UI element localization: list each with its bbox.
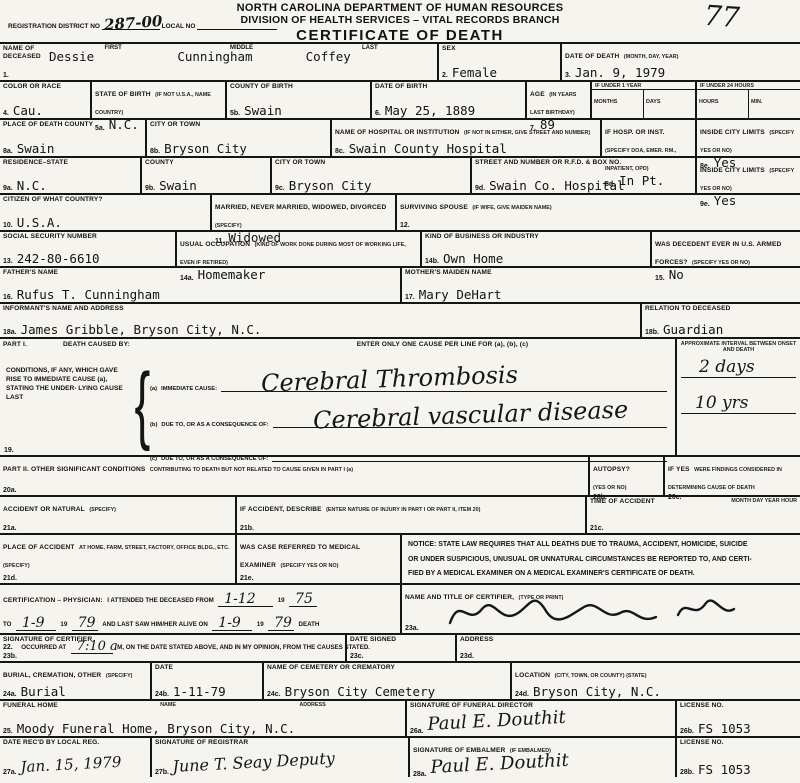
citizen-label: CITIZEN OF WHAT COUNTRY? — [3, 196, 207, 204]
interval-column: APPROXIMATE INTERVAL BETWEEN ONSET AND D… — [675, 339, 800, 455]
field-place-of-death-county: PLACE OF DEATH COUNTY 8a.Swain — [0, 120, 145, 156]
license1-value: FS 1053 — [698, 723, 751, 736]
attended-to-value: 1-9 — [22, 615, 45, 631]
field-citizen: CITIZEN OF WHAT COUNTRY? 10.U.S.A. — [0, 195, 210, 230]
spouse-num: 12. — [400, 222, 410, 229]
pod-city-num: 8b. — [150, 148, 160, 155]
cemetery-num: 24c. — [267, 691, 281, 698]
referred-num: 21e. — [240, 575, 254, 582]
field-relation-to-deceased: RELATION TO DECEASED 18b.Guardian — [640, 304, 800, 337]
field-ssn: SOCIAL SECURITY NUMBER 13.242-80-6610 — [0, 232, 175, 266]
last-saw-text: AND LAST SAW HIM/HER ALIVE ON — [102, 621, 208, 628]
death-certificate: REGISTRATION DISTRICT NO 287-00 LOCAL NO… — [0, 0, 800, 783]
cemetery-label: NAME OF CEMETERY OR CREMATORY — [267, 664, 507, 672]
state-birth-label: STATE OF BIRTH — [95, 91, 151, 98]
icl9-label: INSIDE CITY LIMITS — [700, 167, 765, 174]
hospital-label: NAME OF HOSPITAL OR INSTITUTION — [335, 129, 460, 136]
interval-a-value: 2 days — [699, 357, 755, 377]
hospital-value: Swain County Hospital — [349, 143, 507, 156]
res-state-num: 9a. — [3, 185, 13, 192]
field-embalmer-license: LICENSE NO. 28b.FS 1053 — [675, 738, 800, 777]
part2-label: PART II. OTHER SIGNIFICANT CONDITIONS — [3, 466, 145, 473]
acc-place-label: PLACE OF ACCIDENT — [3, 544, 75, 551]
field-armed-forces: WAS DECEDENT EVER IN U.S. ARMED FORCES? … — [650, 232, 800, 266]
cause-line-b: (b) DUE TO, OR AS A CONSEQUENCE OF: Cere… — [150, 413, 667, 428]
field-certification-physician: CERTIFICATION – PHYSICIAN: I ATTENDED TH… — [0, 585, 400, 633]
describe-sublabel: (ENTER NATURE OF INJURY IN PART I OR PAR… — [326, 507, 480, 513]
field-place-of-death-city: CITY OR TOWN 8b.Bryson City — [145, 120, 330, 156]
res-street-num: 9d. — [475, 185, 485, 192]
field-mother-maiden-name: MOTHER'S MAIDEN NAME 17.Mary DeHart — [400, 268, 800, 302]
cause-b-letter: (b) — [150, 422, 157, 428]
citizen-value: U.S.A. — [17, 217, 62, 230]
spouse-sublabel: (IF WIFE, GIVE MAIDEN NAME) — [472, 205, 551, 211]
last-saw-value: 1-9 — [218, 615, 241, 631]
registration-district-label: REGISTRATION DISTRICT NO — [8, 23, 100, 30]
field-residence-state: RESIDENCE–STATE 9a.N.C. — [0, 158, 140, 193]
to-text: TO — [3, 621, 11, 628]
certifier-signature — [442, 587, 772, 629]
field-name-of-deceased: NAME OF DECEASED FIRSTDessie MIDDLECunni… — [0, 44, 437, 80]
cause-a-field: Cerebral Thrombosis — [221, 377, 667, 392]
director-signature-value: Paul E. Douthit — [427, 707, 566, 735]
attended-text: I ATTENDED THE DECEASED FROM — [107, 597, 214, 604]
department-name: NORTH CAROLINA DEPARTMENT OF HUMAN RESOU… — [150, 2, 650, 14]
mother-num: 17. — [405, 294, 415, 301]
res-city-value: Bryson City — [289, 180, 372, 193]
relation-value: Guardian — [663, 324, 723, 337]
race-value: Cau. — [13, 105, 43, 118]
father-num: 16. — [3, 294, 13, 301]
location-label: LOCATION — [515, 672, 550, 679]
accident-label: ACCIDENT OR NATURAL — [3, 506, 85, 513]
age-label: AGE — [530, 91, 545, 98]
informant-label: INFORMANT'S NAME AND ADDRESS — [3, 305, 637, 313]
field-residence-county: COUNTY 9b.Swain — [140, 158, 270, 193]
name-label: NAME OF DECEASED — [3, 45, 49, 64]
field-referred-to-me: WAS CASE REFERRED TO MEDICAL EXAMINER (S… — [235, 535, 400, 583]
race-num: 4. — [3, 110, 9, 117]
dob-num: 6. — [375, 110, 381, 117]
yr-prefix-2: 19 — [60, 621, 67, 628]
under24-hours-label: HOURS — [699, 99, 718, 105]
field-if-accident-describe: IF ACCIDENT, DESCRIBE (ENTER NATURE OF I… — [235, 497, 585, 533]
pod-county-value: Swain — [17, 143, 55, 156]
res-state-label: RESIDENCE–STATE — [3, 159, 137, 167]
acc-time-sublabel: MONTH DAY YEAR HOUR — [731, 498, 797, 506]
embalmer-num: 28a. — [413, 771, 427, 778]
under24-min-label: MIN. — [751, 99, 762, 105]
license1-num: 26b. — [680, 728, 694, 735]
referred-sublabel: (SPECIFY YES OR NO) — [280, 563, 338, 569]
field-marital-status: MARRIED, NEVER MARRIED, WIDOWED, DIVORCE… — [210, 195, 395, 230]
field-state-of-birth: STATE OF BIRTH (IF NOT U.S.A., NAME COUN… — [90, 82, 225, 118]
res-county-value: Swain — [159, 180, 197, 193]
field-time-of-accident: TIME OF ACCIDENT MONTH DAY YEAR HOUR 21c… — [585, 497, 800, 533]
field-surviving-spouse: SURVIVING SPOUSE (IF WIFE, GIVE MAIDEN N… — [395, 195, 800, 230]
field-date-of-birth: DATE OF BIRTH 6.May 25, 1889 — [370, 82, 525, 118]
father-label: FATHER'S NAME — [3, 269, 397, 277]
pod-county-num: 8a. — [3, 148, 13, 155]
attended-from-year: 75 — [295, 591, 313, 607]
field-date-signed: DATE SIGNED 23c. — [345, 635, 455, 661]
field-sex: SEX 2.Female — [437, 44, 560, 80]
occupation-label: USUAL OCCUPATION — [180, 241, 250, 248]
death-caused-by-label: DEATH CAUSED BY: — [63, 341, 213, 349]
describe-num: 21b. — [240, 525, 254, 532]
acc-place-num: 21d. — [3, 575, 17, 582]
license2-value: FS 1053 — [698, 764, 751, 777]
business-value: Own Home — [443, 253, 503, 266]
location-sublabel: (CITY, TOWN, OR COUNTY) (STATE) — [555, 673, 647, 679]
cause-b-field: Cerebral vascular disease — [273, 413, 667, 428]
informant-num: 18a. — [3, 329, 17, 336]
accident-num: 21a. — [3, 525, 17, 532]
field-residence-city: CITY OR TOWN 9c.Bryson City — [270, 158, 470, 193]
last-saw-field: 1-9 — [212, 619, 252, 631]
dod-num: 3. — [565, 72, 571, 79]
cause-b-title: DUE TO, OR AS A CONSEQUENCE OF: — [161, 422, 268, 428]
res-city-num: 9c. — [275, 185, 285, 192]
attended-from-value: 1-12 — [224, 591, 255, 607]
race-label: COLOR OR RACE — [3, 83, 87, 91]
field-if-under-1-year: IF UNDER 1 YEAR MONTHS DAYS — [590, 82, 695, 118]
certifier-num: 23a. — [405, 625, 419, 632]
field-accident-or-natural: ACCIDENT OR NATURAL (SPECIFY) 21a. — [0, 497, 235, 533]
acc-time-num: 21c. — [590, 525, 604, 532]
certificate-title: CERTIFICATE OF DEATH — [150, 27, 650, 44]
attended-to-year: 79 — [78, 615, 96, 631]
burial-date-label: DATE — [155, 664, 259, 672]
attended-from-year-field: 75 — [289, 595, 317, 607]
part2-num: 20a. — [3, 487, 17, 494]
business-label: KIND OF BUSINESS OR INDUSTRY — [425, 233, 647, 241]
sig-certifier-num: 23b. — [3, 653, 17, 660]
field-autopsy: AUTOPSY?(YES OR NO) 20b. — [588, 457, 663, 495]
interval-b-field: 10 yrs — [681, 413, 796, 414]
citizen-num: 10. — [3, 222, 13, 229]
accident-sublabel: (SPECIFY) — [89, 507, 116, 513]
notice-line-2: OR UNDER SUSPICIOUS, UNUSUAL OR UNNATURA… — [408, 553, 794, 568]
registrar-num: 27b. — [155, 769, 169, 776]
burial-sublabel: (SPECIFY) — [106, 673, 133, 679]
pod-city-label: CITY OR TOWN — [150, 121, 327, 129]
under1-days-label: DAYS — [646, 99, 660, 105]
cause-a-title: IMMEDIATE CAUSE: — [161, 386, 217, 392]
registrar-signature-value: June T. Seay Deputy — [172, 749, 335, 776]
field-signature-of-certifier: SIGNATURE OF CERTIFIER 23b. — [0, 635, 345, 661]
address-label: ADDRESS — [460, 636, 797, 644]
if-yes-label: IF YES — [668, 466, 690, 473]
conditions-note: CONDITIONS, IF ANY, WHICH GAVE RISE TO I… — [6, 367, 124, 403]
part1-label: PART I. — [3, 341, 63, 349]
middle-name-value: Cunningham — [177, 51, 305, 64]
medical-examiner-notice: NOTICE: STATE LAW REQUIRES THAT ALL DEAT… — [400, 535, 800, 583]
autopsy-label: AUTOPSY? — [593, 466, 630, 473]
acc-time-label: TIME OF ACCIDENT — [590, 498, 655, 506]
field-hospital: NAME OF HOSPITAL OR INSTITUTION (IF NOT … — [330, 120, 600, 156]
mother-value: Mary DeHart — [419, 289, 502, 302]
county-birth-value: Swain — [244, 105, 282, 118]
cause-b-value: Cerebral vascular disease — [312, 396, 628, 435]
field-name-title-certifier: NAME AND TITLE OF CERTIFIER, (TYPE OR PR… — [400, 585, 800, 633]
license2-label: LICENSE NO. — [680, 739, 797, 747]
dod-value: Jan. 9, 1979 — [575, 67, 665, 80]
field-burial-cremation: BURIAL, CREMATION, OTHER (SPECIFY) 24a.B… — [0, 663, 150, 699]
spouse-label: SURVIVING SPOUSE — [400, 204, 468, 211]
res-street-value: Swain Co. Hospital — [489, 180, 624, 193]
informant-value: James Gribble, Bryson City, N.C. — [21, 324, 262, 337]
cause-line-a: (a) IMMEDIATE CAUSE: Cerebral Thrombosis — [150, 377, 667, 392]
field-business: KIND OF BUSINESS OR INDUSTRY 14b.Own Hom… — [420, 232, 650, 266]
sex-label: SEX — [442, 45, 557, 53]
field-place-of-accident: PLACE OF ACCIDENT AT HOME, FARM, STREET,… — [0, 535, 235, 583]
received-label: DATE REC'D BY LOCAL REG. — [3, 739, 147, 747]
field-color-or-race: COLOR OR RACE 4.Cau. — [0, 82, 90, 118]
res-street-label: STREET AND NUMBER OR R.F.D. & BOX NO. — [475, 159, 692, 167]
business-num: 14b. — [425, 258, 439, 265]
burial-num: 24a. — [3, 691, 17, 698]
hospital-sublabel: (IF NOT IN EITHER, GIVE STREET AND NUMBE… — [464, 130, 590, 136]
ssn-num: 13. — [3, 258, 13, 265]
part2-sublabel: CONTRIBUTING TO DEATH BUT NOT RELATED TO… — [150, 467, 353, 473]
burial-value: Burial — [21, 686, 66, 699]
icl8-label: INSIDE CITY LIMITS — [700, 129, 765, 136]
attended-to-field: 1-9 — [16, 619, 56, 631]
field-funeral-home: FUNERAL HOMENAMEADDRESS 25.Moody Funeral… — [0, 701, 405, 736]
field-embalmer-signature: SIGNATURE OF EMBALMER (IF EMBALMED) 28a.… — [408, 738, 675, 777]
field-autopsy-findings: IF YES WERE FINDINGS CONSIDERED IN DETER… — [663, 457, 800, 495]
interval-b-value: 10 yrs — [695, 393, 749, 413]
marital-sublabel: (SPECIFY) — [215, 223, 242, 229]
ssn-label: SOCIAL SECURITY NUMBER — [3, 233, 172, 241]
dob-label: DATE OF BIRTH — [375, 83, 522, 91]
marital-label: MARRIED, NEVER MARRIED, WIDOWED, DIVORCE… — [215, 204, 386, 211]
field-if-hosp-or-inst: IF HOSP. OR INST. (SPECIFY DOA, EMER. RM… — [600, 120, 695, 156]
field-father-name: FATHER'S NAME 16.Rufus T. Cunningham — [0, 268, 400, 302]
county-birth-num: 5b. — [230, 110, 240, 117]
field-burial-date: DATE 24b.1-11-79 — [150, 663, 262, 699]
if-hosp-label: IF HOSP. OR INST. — [605, 129, 665, 136]
res-state-value: N.C. — [17, 180, 47, 193]
interval-a-field: 2 days — [681, 377, 796, 378]
describe-label: IF ACCIDENT, DESCRIBE — [240, 506, 322, 513]
dod-sublabel: (MONTH, DAY, YEAR) — [624, 54, 679, 60]
registrar-label: SIGNATURE OF REGISTRAR — [155, 739, 405, 747]
field-cemetery-location: LOCATION (CITY, TOWN, OR COUNTY) (STATE)… — [510, 663, 800, 699]
sig-certifier-label: SIGNATURE OF CERTIFIER — [3, 636, 342, 644]
field-inside-city-limits-9e: INSIDE CITY LIMITS (SPECIFY YES OR NO) 9… — [695, 158, 800, 193]
county-birth-label: COUNTY OF BIRTH — [230, 83, 367, 91]
dod-label: DATE OF DEATH — [565, 53, 619, 60]
last-name-value: Coffey — [306, 51, 434, 64]
pod-county-label: PLACE OF DEATH COUNTY — [3, 121, 142, 129]
burial-date-value: 1-11-79 — [173, 686, 226, 699]
notice-line-3: FIED BY A MEDICAL EXAMINER ON A MEDICAL … — [408, 567, 794, 582]
burial-date-num: 24b. — [155, 691, 169, 698]
hospital-num: 8c. — [335, 148, 345, 155]
field-registrar-signature: SIGNATURE OF REGISTRAR 27b.June T. Seay … — [150, 738, 408, 777]
license2-num: 28b. — [680, 769, 694, 776]
one-cause-instruction: ENTER ONLY ONE CAUSE PER LINE FOR (a), (… — [213, 341, 672, 349]
cause-a-letter: (a) — [150, 386, 157, 392]
director-num: 26a. — [410, 728, 424, 735]
death-word: DEATH — [299, 621, 320, 628]
field-certifier-address: ADDRESS 23d. — [455, 635, 800, 661]
interval-header: APPROXIMATE INTERVAL BETWEEN ONSET AND D… — [680, 341, 797, 353]
res-county-num: 9b. — [145, 185, 155, 192]
received-num: 27a. — [3, 769, 17, 776]
division-name: DIVISION OF HEALTH SERVICES – VITAL RECO… — [150, 14, 650, 26]
part1-num: 19. — [4, 447, 14, 454]
pod-city-value: Bryson City — [164, 143, 247, 156]
funeral-home-name-header: NAME — [113, 702, 223, 710]
under1-months-label: MONTHS — [594, 99, 617, 105]
field-if-under-24-hours: IF UNDER 24 HOURS HOURS MIN. — [695, 82, 800, 118]
sex-num: 2. — [442, 72, 448, 79]
field-age: AGE (IN YEARS LAST BIRTHDAY) 7.89 — [525, 82, 590, 118]
relation-num: 18b. — [645, 329, 659, 336]
handwritten-corner-number: 77 — [703, 0, 741, 34]
field-funeral-director-signature: SIGNATURE OF FUNERAL DIRECTOR 26a.Paul E… — [405, 701, 675, 736]
father-value: Rufus T. Cunningham — [17, 289, 160, 302]
field-date-of-death: DATE OF DEATH (MONTH, DAY, YEAR) 3.Jan. … — [560, 44, 800, 80]
funeral-home-num: 25. — [3, 728, 13, 735]
brace-glyph: { — [134, 361, 150, 447]
relation-label: RELATION TO DECEASED — [645, 305, 797, 313]
funeral-home-address-header: ADDRESS — [223, 702, 402, 710]
field-informant: INFORMANT'S NAME AND ADDRESS 18a.James G… — [0, 304, 640, 337]
field-occupation: USUAL OCCUPATION (KIND OF WORK DONE DURI… — [175, 232, 420, 266]
funeral-home-label: FUNERAL HOME — [3, 702, 113, 710]
name-num: 1. — [3, 72, 9, 79]
res-county-label: COUNTY — [145, 159, 267, 167]
res-city-label: CITY OR TOWN — [275, 159, 467, 167]
mother-label: MOTHER'S MAIDEN NAME — [405, 269, 797, 277]
armed-forces-sublabel: (SPECIFY YES OR NO) — [692, 260, 750, 266]
autopsy-sublabel: (YES OR NO) — [593, 485, 627, 491]
part1-cause-of-death: PART I. DEATH CAUSED BY: ENTER ONLY ONE … — [0, 337, 800, 455]
attended-from-field: 1-12 — [218, 595, 273, 607]
last-saw-year-field: 79 — [268, 619, 294, 631]
field-inside-city-limits-8e: INSIDE CITY LIMITS (SPECIFY YES OR NO) 8… — [695, 120, 800, 156]
certification-label: CERTIFICATION – PHYSICIAN: — [3, 597, 103, 604]
field-county-of-birth: COUNTY OF BIRTH 5b.Swain — [225, 82, 370, 118]
cemetery-value: Bryson City Cemetery — [285, 686, 436, 699]
field-cemetery: NAME OF CEMETERY OR CREMATORY 24c.Bryson… — [262, 663, 510, 699]
dob-value: May 25, 1889 — [385, 105, 475, 118]
cause-a-value: Cerebral Thrombosis — [261, 361, 519, 398]
location-value: Bryson City, N.C. — [533, 686, 661, 699]
ssn-value: 242-80-6610 — [17, 253, 100, 266]
funeral-home-value: Moody Funeral Home, Bryson City, N.C. — [17, 723, 295, 736]
field-date-received: DATE REC'D BY LOCAL REG. 27a.Jan. 15, 19… — [0, 738, 150, 777]
date-signed-label: DATE SIGNED — [350, 636, 452, 644]
last-saw-year: 79 — [274, 615, 292, 631]
first-name-value: Dessie — [49, 51, 177, 64]
address-num: 23d. — [460, 653, 474, 660]
yr-prefix-1: 19 — [278, 597, 285, 604]
notice-line-1: NOTICE: STATE LAW REQUIRES THAT ALL DEAT… — [408, 538, 794, 553]
field-residence-street: STREET AND NUMBER OR R.F.D. & BOX NO. 9d… — [470, 158, 695, 193]
location-num: 24d. — [515, 691, 529, 698]
date-signed-num: 23c. — [350, 653, 364, 660]
yr-prefix-3: 19 — [257, 621, 264, 628]
field-other-significant-conditions: PART II. OTHER SIGNIFICANT CONDITIONS CO… — [0, 457, 588, 495]
certificate-header: REGISTRATION DISTRICT NO 287-00 LOCAL NO… — [0, 0, 800, 42]
sex-value: Female — [452, 67, 497, 80]
attended-to-year-field: 79 — [72, 619, 98, 631]
received-value: Jan. 15, 1979 — [20, 753, 122, 776]
field-director-license: LICENSE NO. 26b.FS 1053 — [675, 701, 800, 736]
license1-label: LICENSE NO. — [680, 702, 797, 710]
burial-label: BURIAL, CREMATION, OTHER — [3, 672, 101, 679]
